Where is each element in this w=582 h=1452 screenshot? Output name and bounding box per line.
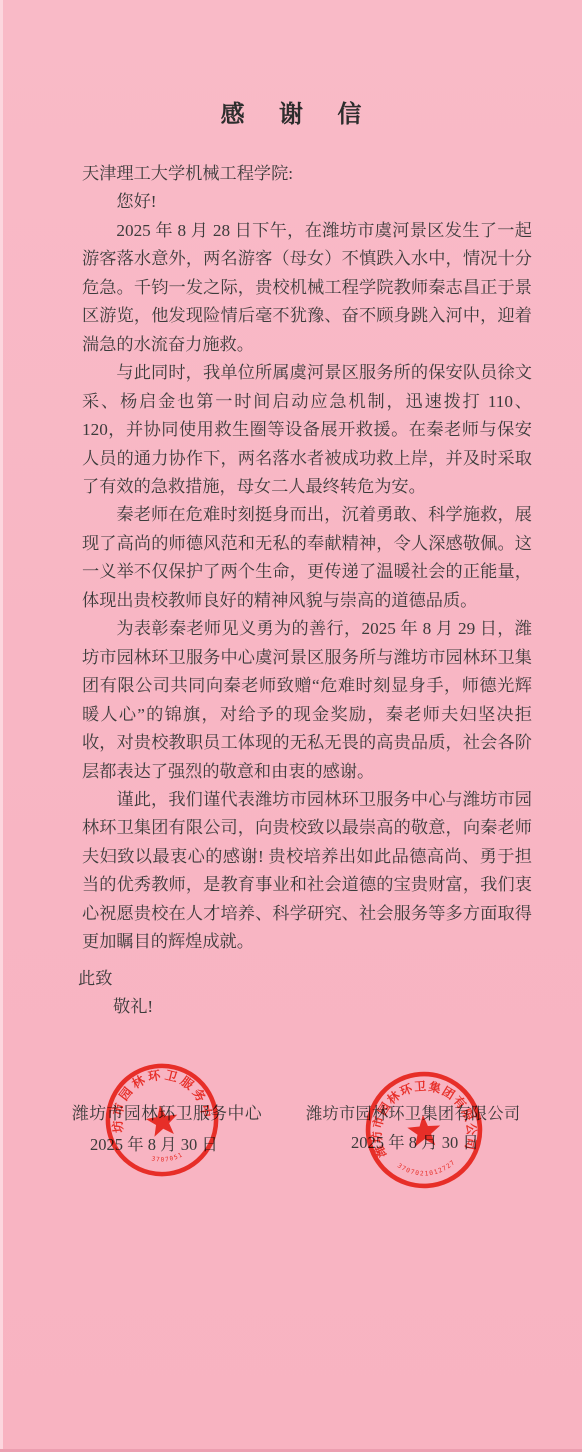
letter-body: 天津理工大学机械工程学院: 您好! 2025 年 8 月 28 日下午，在潍坊市… xyxy=(82,160,532,957)
paper-left-edge xyxy=(0,0,3,1452)
seal-serial: 3707051 xyxy=(150,1151,185,1166)
paragraph-incident: 2025 年 8 月 28 日下午，在潍坊市虞河景区发生了一起游客落水意外，两名… xyxy=(82,217,532,359)
paragraph-rescue: 与此同时，我单位所属虞河景区服务所的保安队员徐文采、杨启金也第一时间启动应急机制… xyxy=(82,359,532,501)
paragraph-praise: 秦老师在危难时刻挺身而出，沉着勇敢、科学施救，展现了高尚的师德风范和无私的奉献精… xyxy=(82,501,532,615)
closing-salute: 敬礼! xyxy=(113,992,153,1017)
official-seal-left: 潍坊市园林环卫服务中心 3707051 xyxy=(95,1053,228,1186)
red-star-icon xyxy=(407,1114,442,1148)
thank-you-letter-page: { "page": { "paper_color": "#f8b5c3", "i… xyxy=(0,0,582,1452)
seal-serial: 3707021012727 xyxy=(396,1158,458,1179)
salutation-line: 天津理工大学机械工程学院: xyxy=(82,160,532,188)
paragraph-gratitude: 谨此，我们谨代表潍坊市园林环卫服务中心与潍坊市园林环卫集团有限公司，向贵校致以最… xyxy=(82,786,532,957)
paragraph-award: 为表彰秦老师见义勇为的善行，2025 年 8 月 29 日，潍坊市园林环卫服务中… xyxy=(82,615,532,786)
red-star-icon xyxy=(144,1103,180,1137)
closing-cizhi: 此致 xyxy=(78,964,112,989)
letter-title: 感 谢 信 xyxy=(0,94,582,129)
paragraph-greeting: 您好! xyxy=(82,188,532,216)
official-seal-right: 潍坊市园林环卫集团有限公司 3707021012727 xyxy=(359,1065,489,1195)
